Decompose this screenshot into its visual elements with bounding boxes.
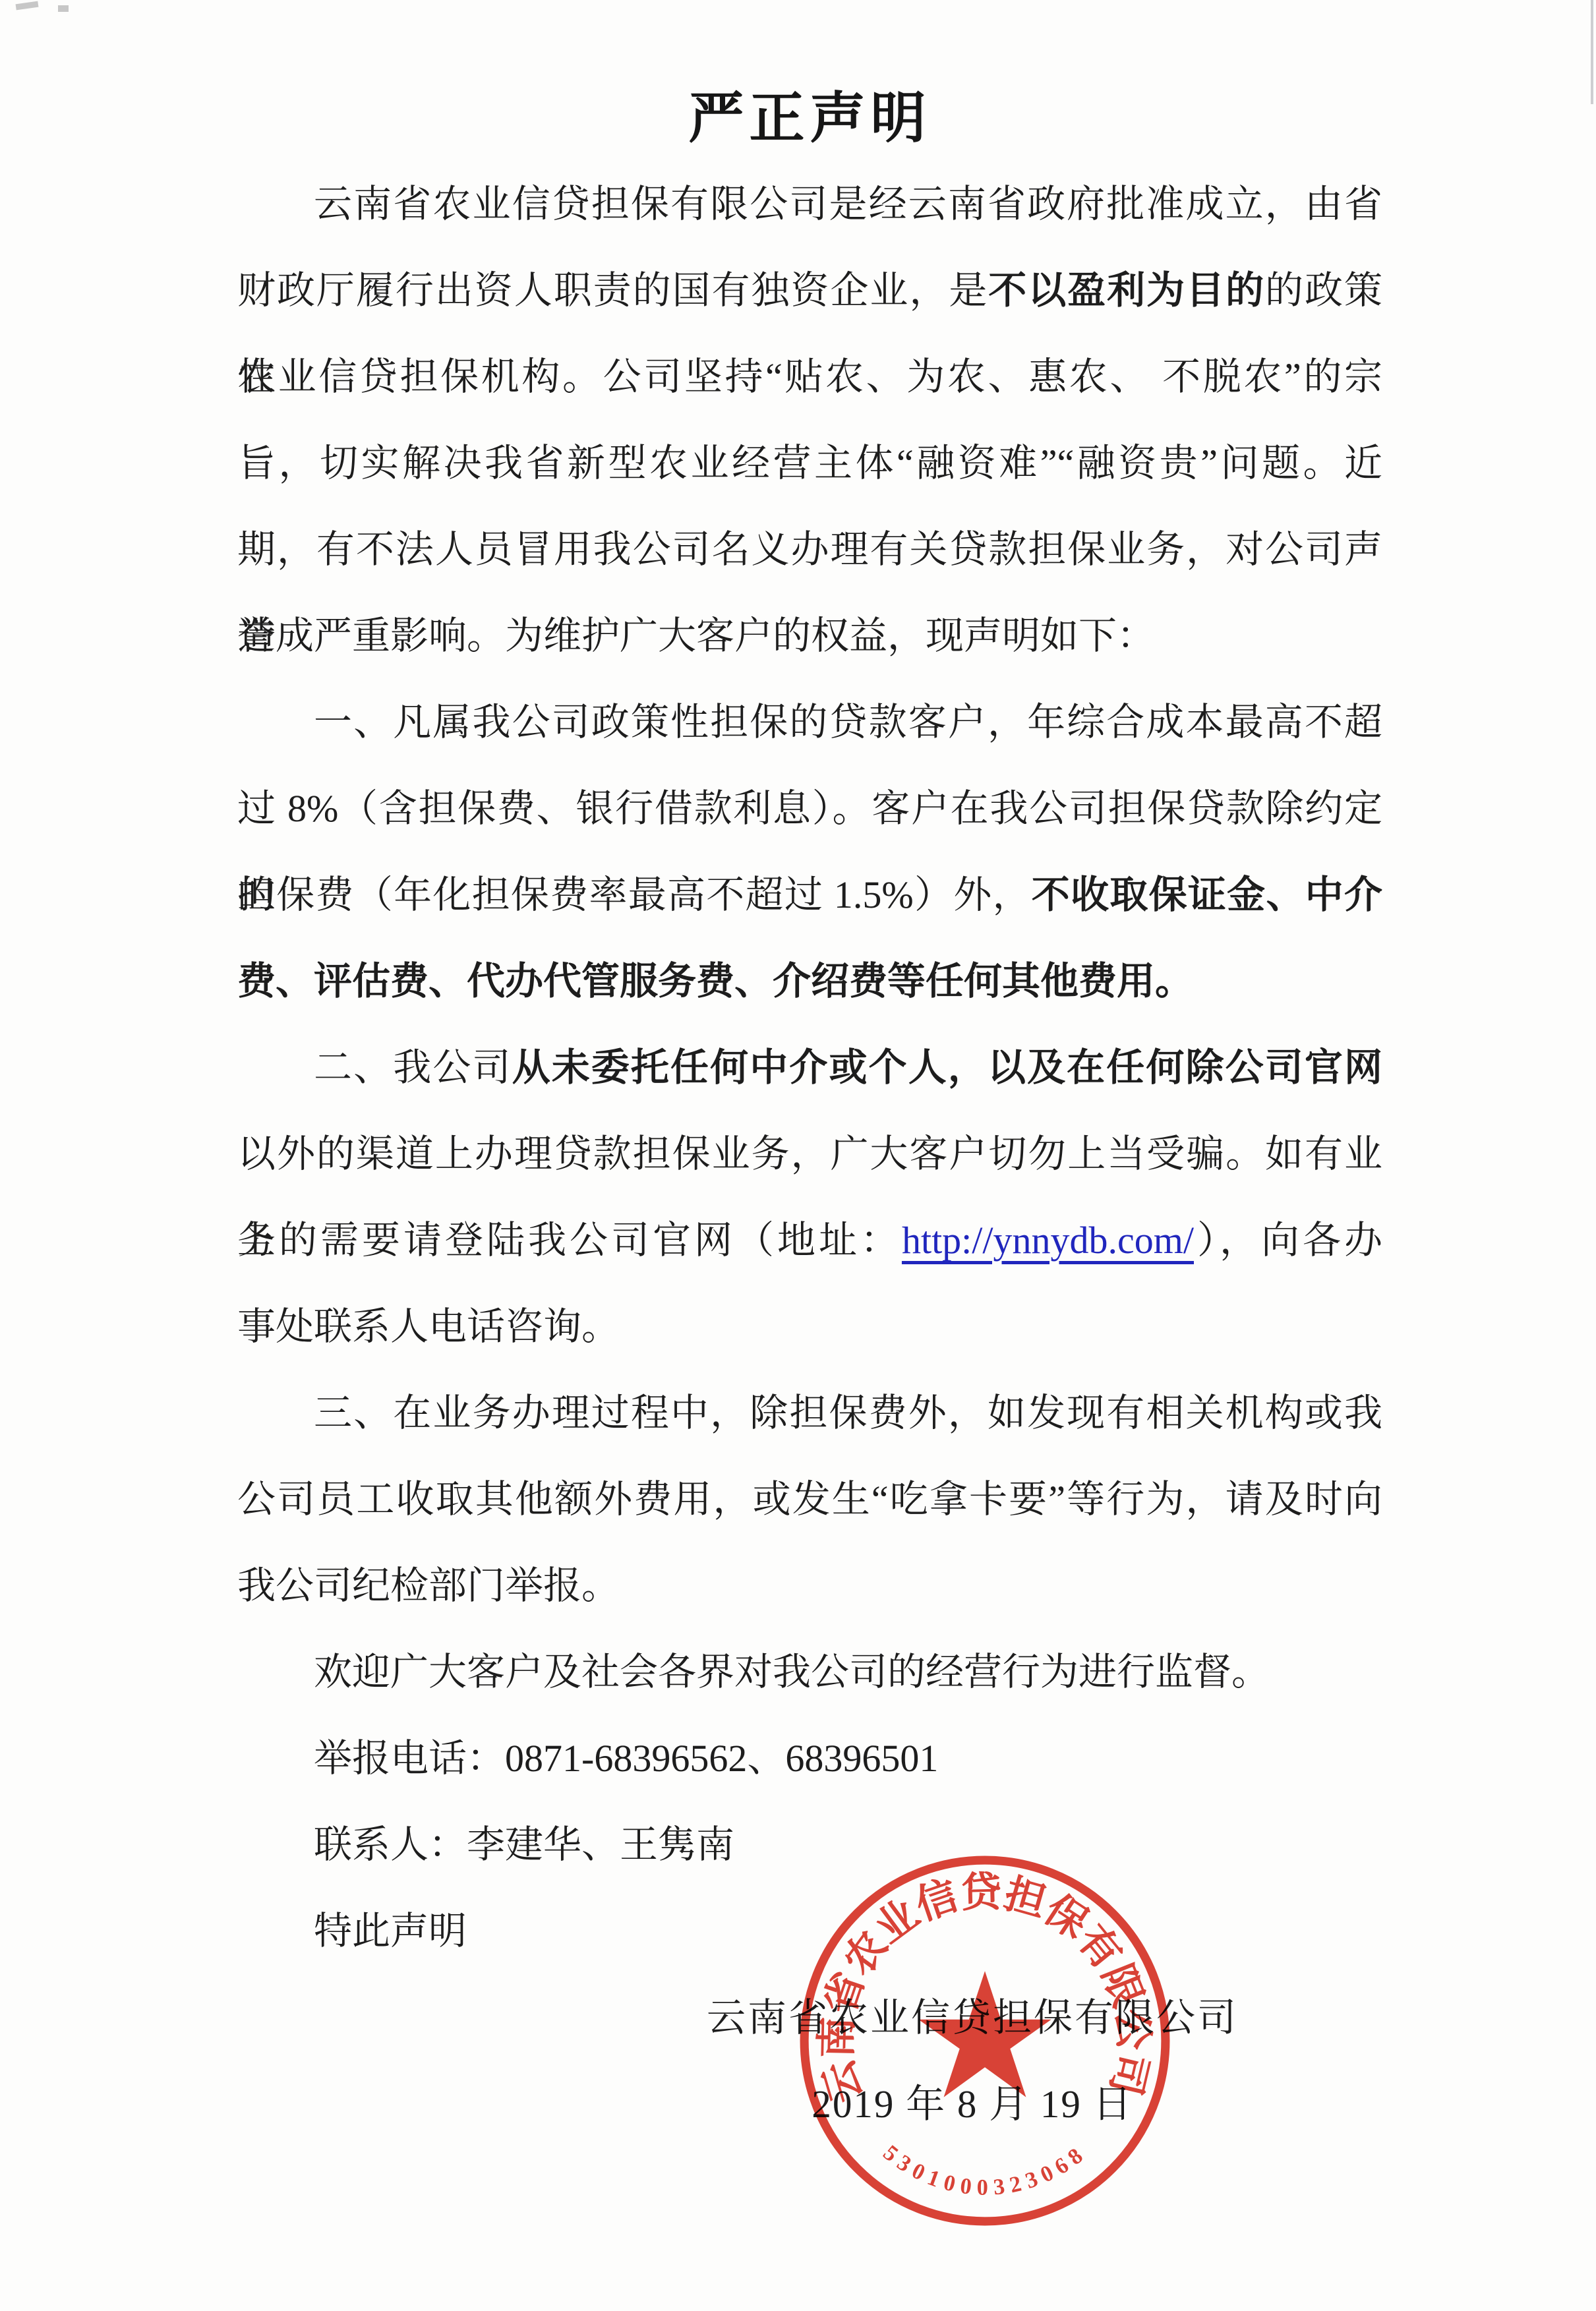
text-segment: 三、在业务办理过程中，除担保费外，如发现有相关机构或我	[314, 1391, 1382, 1434]
text-segment: 费、评估费、代办代管服务费、介绍费等任何其他费用。	[237, 960, 1193, 1003]
text-segment: 担保费（年化担保费率最高不超过 1.5%）外，	[237, 873, 1032, 916]
text-segment: 联系人：李建华、王隽南	[314, 1823, 734, 1866]
text-segment: 从未委托任何中介或个人，以及在任何除公司官网	[512, 1046, 1382, 1089]
text-segment: 造成严重影响。为维护广大客户的权益，现声明如下：	[237, 614, 1155, 657]
text-segment: 欢迎广大客户及社会各界对我公司的经营行为进行监督。	[314, 1651, 1270, 1693]
text-segment: 我公司纪检部门举报。	[237, 1564, 620, 1607]
document-line: 我公司纪检部门举报。	[237, 1542, 1382, 1629]
text-segment: 旨，切实解决我省新型农业经营主体“融资难”“融资贵”问题。近	[237, 442, 1382, 484]
text-segment: ），向各办	[1194, 1219, 1382, 1262]
document-line: 过 8%（含担保费、银行借款利息）。客户在我公司担保贷款除约定的	[237, 765, 1382, 852]
document-line: 上的需要请登陆我公司官网（地址：http://ynnydb.com/），向各办	[237, 1197, 1382, 1283]
document-line: 旨，切实解决我省新型农业经营主体“融资难”“融资贵”问题。近	[237, 420, 1382, 506]
page-title: 严正声明	[237, 80, 1382, 158]
document-line: 公司员工收取其他额外费用，或发生“吃拿卡要”等行为，请及时向	[237, 1456, 1382, 1542]
document-line: 三、在业务办理过程中，除担保费外，如发现有相关机构或我	[237, 1370, 1382, 1456]
document-line: 担保费（年化担保费率最高不超过 1.5%）外，不收取保证金、中介	[237, 852, 1382, 938]
text-segment: 云南省农业信贷担保有限公司是经云南省政府批准成立，由省	[314, 183, 1382, 225]
document-line: 造成严重影响。为维护广大客户的权益，现声明如下：	[237, 593, 1382, 679]
document-line: 举报电话：0871-68396562、68396501	[237, 1715, 1382, 1801]
document-line: 财政厅履行出资人职责的国有独资企业，是不以盈利为目的的政策性	[237, 247, 1382, 334]
text-segment: 举报电话：0871-68396562、68396501	[314, 1737, 938, 1780]
scan-artifact	[16, 1, 39, 11]
seal-star-icon	[918, 1971, 1051, 2097]
text-segment: 农业信贷担保机构。公司坚持“贴农、为农、惠农、 不脱农”的宗	[237, 355, 1382, 398]
document-line: 期，有不法人员冒用我公司名义办理有关贷款担保业务，对公司声誉	[237, 506, 1382, 593]
text-segment: 二、我公司	[314, 1046, 512, 1089]
official-seal: 云南省农业信贷担保有限公司 5301000323068	[796, 1852, 1174, 2230]
text-segment: 特此声明	[314, 1910, 467, 1952]
text-segment: 上的需要请登陆我公司官网（地址：	[237, 1219, 902, 1262]
document-line: 一、凡属我公司政策性担保的贷款客户，年综合成本最高不超	[237, 679, 1382, 765]
document-body: 云南省农业信贷担保有限公司是经云南省政府批准成立，由省财政厅履行出资人职责的国有…	[237, 161, 1382, 1974]
document-line: 事处联系人电话咨询。	[237, 1283, 1382, 1370]
document-line: 云南省农业信贷担保有限公司是经云南省政府批准成立，由省	[237, 161, 1382, 247]
document-line: 费、评估费、代办代管服务费、介绍费等任何其他费用。	[237, 938, 1382, 1024]
document-line: 农业信贷担保机构。公司坚持“贴农、为农、惠农、 不脱农”的宗	[237, 334, 1382, 420]
seal-serial-number: 5301000323068	[879, 2140, 1090, 2200]
document-line: 欢迎广大客户及社会各界对我公司的经营行为进行监督。	[237, 1629, 1382, 1715]
text-segment: 公司员工收取其他额外费用，或发生“吃拿卡要”等行为，请及时向	[237, 1478, 1382, 1521]
text-segment: 不以盈利为目的	[988, 269, 1265, 312]
website-link[interactable]: http://ynnydb.com/	[902, 1219, 1194, 1262]
text-segment: 不收取保证金、中介	[1032, 873, 1382, 916]
scan-artifact	[1591, 0, 1593, 104]
text-segment: 一、凡属我公司政策性担保的贷款客户，年综合成本最高不超	[314, 701, 1382, 744]
scan-artifact	[58, 5, 69, 12]
text-segment: 财政厅履行出资人职责的国有独资企业，是	[237, 269, 988, 312]
document-line: 二、我公司从未委托任何中介或个人，以及在任何除公司官网	[237, 1024, 1382, 1111]
document-line: 以外的渠道上办理贷款担保业务，广大客户切勿上当受骗。如有业务	[237, 1111, 1382, 1197]
text-segment: 事处联系人电话咨询。	[237, 1305, 620, 1348]
